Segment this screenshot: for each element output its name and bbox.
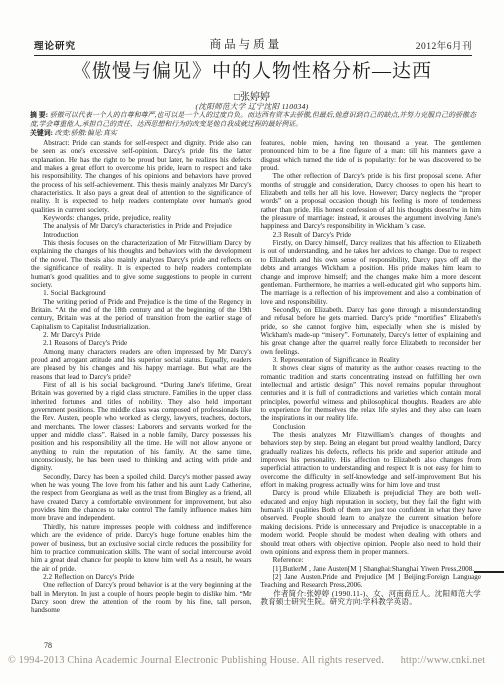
abstract-text: 骄傲可以代表一个人的自尊和尊严,也可以是一个人的过度自负。而达西有资本去骄傲,但…	[30, 112, 476, 128]
right-column: features, noble mien, having ten thousan…	[261, 139, 482, 615]
body-paragraph: Secondly, on Elizabeth. Darcy has gone t…	[261, 306, 482, 356]
body-paragraph: Reference:	[261, 556, 482, 564]
copyright-text: © 1994-2013 China Academic Journal Elect…	[8, 655, 384, 666]
body-paragraph: Abstract: Pride can stands for self-resp…	[31, 139, 252, 214]
keywords-text: 改变:骄傲:偏见:真实	[55, 130, 117, 137]
page-number: 78	[44, 641, 52, 650]
body-paragraph: It shows clear signs of maturity as the …	[261, 364, 482, 422]
body-paragraph: 3. Representation of Significance in Rea…	[261, 356, 482, 364]
body-paragraph: This thesis focuses on the characterizat…	[31, 239, 252, 289]
body-paragraph: 2.1 Reasons of Darcy's Pride	[31, 339, 252, 347]
body-paragraph: [2] Jane Austen.Pride and Prejudice [M ]…	[261, 573, 482, 590]
body-paragraph: Secondly, Darcy has been a spoiled child…	[31, 473, 252, 523]
article-title: 《傲慢与偏见》中的人物性格分析—达西	[0, 56, 504, 83]
keywords-label: 关键词:	[30, 130, 53, 137]
header-journal-name: 商品与质量	[210, 36, 283, 52]
cnki-url: http://www.cnki.net	[401, 655, 486, 666]
author-bio-paragraph: 作者简介:张婷婷 (1990.11-)、女、河南商丘人。沈阳师范大学教育硕士研究…	[261, 590, 482, 607]
abstract-block: 摘 要: 骄傲可以代表一个人的自尊和尊严,也可以是一个人的过度自负。而达西有资本…	[30, 112, 476, 129]
article-affiliation: (沈阳师范大学 辽宁沈阳 110034)	[0, 101, 504, 112]
body-paragraph: features, noble mien, having ten thousan…	[261, 139, 482, 172]
body-columns: Abstract: Pride can stands for self-resp…	[31, 139, 481, 615]
body-paragraph: 2.2 Reflection on Darcy's Pride	[31, 573, 252, 581]
body-paragraph: One reflection of Darcy's proud behavior…	[31, 581, 252, 614]
body-paragraph: The other reflection of Darcy's pride is…	[261, 172, 482, 230]
body-paragraph: Conclusion	[261, 423, 482, 431]
body-paragraph: [1].ButlerM , Jane Austen[M ] Shanghai:S…	[261, 565, 482, 573]
page-header: 理论研究 商品与质量 2012年6月刊	[34, 36, 472, 56]
header-section-label: 理论研究	[34, 38, 76, 52]
body-paragraph: Keywords: changes, pride, prejudice, rea…	[31, 214, 252, 222]
scan-artifact-line	[474, 571, 504, 573]
body-paragraph: The thesis analyzes Mr Fitzwilliam's cha…	[261, 431, 482, 489]
body-paragraph: Darcy is proud while Elizabeth is prejud…	[261, 489, 482, 556]
body-paragraph: 2. Mr Darcy's Pride	[31, 331, 252, 339]
copyright-line: © 1994-2013 China Academic Journal Elect…	[8, 655, 504, 666]
body-paragraph: Introduction	[31, 231, 252, 239]
left-column: Abstract: Pride can stands for self-resp…	[31, 139, 252, 615]
body-paragraph: Among many characters readers are often …	[31, 348, 252, 381]
keywords-block: 关键词: 改变:骄傲:偏见:真实	[30, 130, 476, 139]
body-paragraph: Thirdly, his nature impresses people wit…	[31, 523, 252, 573]
body-paragraph: First of all is his social background. “…	[31, 381, 252, 473]
header-issue-date: 2012年6月刊	[416, 38, 472, 52]
body-paragraph: 2.3 Result of Darcy's Pride	[261, 231, 482, 239]
abstract-label: 摘 要:	[30, 112, 48, 119]
body-paragraph: The writing period of Pride and Prejudic…	[31, 298, 252, 331]
body-paragraph: Firstly, on Darcy himself, Darcy realize…	[261, 239, 482, 306]
journal-scan-page: 理论研究 商品与质量 2012年6月刊 《傲慢与偏见》中的人物性格分析—达西 □…	[0, 0, 504, 685]
body-paragraph: The analysis of Mr Darcy's characteristi…	[31, 222, 252, 230]
body-paragraph: 1. Social Background	[31, 289, 252, 297]
